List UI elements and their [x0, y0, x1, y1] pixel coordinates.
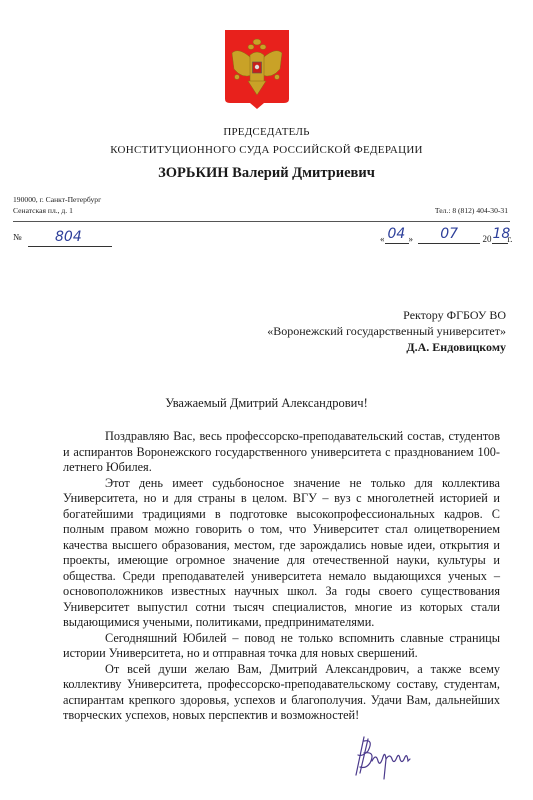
letter-greeting: Уважаемый Дмитрий Александрович!: [0, 396, 533, 411]
date-year-suffix: 18: [493, 226, 511, 242]
address-line-1: 190000, г. Санкт-Петербург: [13, 195, 101, 206]
recipient-block: Ректору ФГБОУ ВО «Воронежский государств…: [267, 307, 506, 355]
recipient-position: Ректору ФГБОУ ВО: [267, 307, 506, 323]
letter-paragraph: Сегодняшний Юбилей – повод не только всп…: [63, 631, 500, 662]
sender-address: 190000, г. Санкт-Петербург Сенатская пл.…: [13, 195, 101, 216]
date-quote-close: »: [409, 234, 414, 244]
registry-number-label: №: [13, 232, 22, 242]
date-year-prefix: 20: [483, 234, 492, 244]
letter-paragraph: От всей души желаю Вам, Дмитрий Александ…: [63, 662, 500, 724]
date-month: 07: [440, 226, 458, 242]
date-day: 04: [388, 226, 406, 242]
registry-date: «04» 07 2018г.: [380, 232, 512, 244]
sender-organization: КОНСТИТУЦИОННОГО СУДА РОССИЙСКОЙ ФЕДЕРАЦ…: [0, 144, 533, 156]
recipient-name: Д.А. Ендовицкому: [406, 340, 506, 354]
signature-icon: [350, 733, 420, 783]
sender-title: ПРЕДСЕДАТЕЛЬ: [0, 126, 533, 138]
sender-phone: Тел.: 8 (812) 404-30-31: [435, 206, 508, 215]
sender-name: ЗОРЬКИН Валерий Дмитриевич: [0, 165, 533, 182]
coat-of-arms-icon: [224, 29, 290, 110]
letter-body: Поздравляю Вас, весь профессорско-препод…: [63, 429, 500, 724]
header-divider: [13, 221, 510, 222]
registry-number-value: 804: [55, 229, 82, 245]
recipient-organization: «Воронежский государственный университет…: [267, 323, 506, 339]
letter-paragraph: Поздравляю Вас, весь профессорско-препод…: [63, 429, 500, 476]
letter-paragraph: Этот день имеет судьбоносное значение не…: [63, 476, 500, 631]
registry-number-underline: [28, 246, 112, 247]
address-line-2: Сенатская пл., д. 1: [13, 206, 101, 217]
